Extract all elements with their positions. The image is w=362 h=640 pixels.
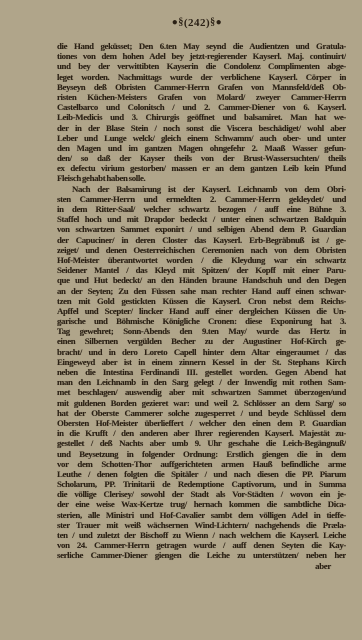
page-header: ●§(242)§● <box>57 17 337 29</box>
text-line: an der Seyten; Zu den Füssen sahe man re… <box>57 286 346 296</box>
text-line: einen Silbernen vergülden Becher zu der … <box>57 336 346 346</box>
text-line: ex defectu virium gestorben/ massen er a… <box>57 163 346 173</box>
text-line: die völlige Clerisey/ sowohl der Stadt a… <box>57 489 346 499</box>
catchword: aber <box>57 561 346 571</box>
text-line: und bey der verwittibten Kayserin die Co… <box>57 61 346 71</box>
text-line: mit guldenen Borden gezieret war: und we… <box>57 398 346 408</box>
text-line: vor dem Schotten-Thor auffgerichteten ar… <box>57 459 346 469</box>
text-line: hat der Oberste Cammerer solche zugesper… <box>57 408 346 418</box>
text-block: die Hand geküsset; Den 6.ten May seynd d… <box>57 41 346 571</box>
text-line: garische und Böhmische Königliche Cronen… <box>57 316 346 326</box>
fleuron-ornament-right: §● <box>210 17 222 28</box>
text-line: die Hand geküsset; Den 6.ten May seynd d… <box>57 41 346 51</box>
text-line: der in der Blase Stein / noch sonst die … <box>57 123 346 133</box>
text-line: den/ so daß der Kayser theils von der Br… <box>57 153 346 163</box>
text-line: den Magen und im gantzen Magen ohngefehr… <box>57 143 346 153</box>
text-line: ten / und zuletzt der Bischoff zu Wienn … <box>57 530 346 540</box>
text-line: Leuthe / denen folgten die Spitäler / un… <box>57 469 346 479</box>
text-line: Staffel hoch und mit Drapdor bedeckt / u… <box>57 214 346 224</box>
scanned-book-page: ●§(242)§● die Hand geküsset; Den 6.ten M… <box>0 0 362 640</box>
text-line: risten Küchen-Meisters Grafen von Molard… <box>57 92 346 102</box>
text-line: von 24. Cammer-Herrn getragen wurde / au… <box>57 540 346 550</box>
text-line: in dem Ritter-Saal/ welcher schwartz bez… <box>57 204 346 214</box>
text-line: Leber und Lunge welck/ gleich einem Schw… <box>57 133 346 143</box>
text-line: Fleisch gehabt haben solle. <box>57 173 346 183</box>
text-line: der eine weise Wax-Kertze trug/ hernach … <box>57 499 346 509</box>
text-line: Hof-Meister überantwortet worden / die K… <box>57 255 346 265</box>
text-line: der Capuciner/ in deren Closter das Kays… <box>57 235 346 245</box>
text-line: Scholarum, PP. Trinitarii de Redemptione… <box>57 479 346 489</box>
paragraph: Nach der Balsamirung ist der Kayserl. Le… <box>57 184 346 561</box>
text-line: von schwartzen Sammet exponirt / und sel… <box>57 224 346 234</box>
text-line: Nach der Balsamirung ist der Kayserl. Le… <box>57 184 346 194</box>
text-line: met beschlagen/ auswendig aber mit schwa… <box>57 387 346 397</box>
text-line: tzen mit Gold gestickten Küssen die Kays… <box>57 296 346 306</box>
text-line: sterien, alle Ministri und Hof-Cavalier … <box>57 510 346 520</box>
text-line: gestellet / deß Nachts aber umb 9. Uhr g… <box>57 438 346 448</box>
paragraph: die Hand geküsset; Den 6.ten May seynd d… <box>57 41 346 184</box>
text-line: ster Trauer mit weiß wächsernen Wind-Lic… <box>57 520 346 530</box>
text-line: Seidener Mantel / das Kleyd mit Spitzen/… <box>57 265 346 275</box>
text-line: Eingeweyd aber ist in einem zinnern Kess… <box>57 357 346 367</box>
fleuron-ornament-left: ●§ <box>172 17 184 28</box>
text-line: Beyseyn deß Obristen Cammer-Herrn Grafen… <box>57 82 346 92</box>
text-line: leget worden. Nachmittags wurde der verb… <box>57 72 346 82</box>
text-line: neben die Intestina Ferdinandi III. gest… <box>57 367 346 377</box>
text-line: man den Leichnamb in den Sarg gelegt / d… <box>57 377 346 387</box>
text-line: und Beysetzung in folgender Ordnung: Ers… <box>57 449 346 459</box>
text-line: bracht/ und in dero Loreto Capell hinter… <box>57 347 346 357</box>
text-line: serliche Cammer-Diener giengen die Leich… <box>57 550 346 560</box>
text-line: que und Hut bedeckt/ an den Händen braun… <box>57 275 346 285</box>
text-line: Leib-Medicis und 3. Chirurgis geöffnet u… <box>57 112 346 122</box>
text-line: Apffel und Scepter/ lincker Hand auff ei… <box>57 306 346 316</box>
text-line: in die Krufft / den anderen aber Ihrer r… <box>57 428 346 438</box>
text-line: tiones von dem hohen Adel bey jetzt-regi… <box>57 51 346 61</box>
text-line: sten Cammer-Herrn und ermeldten 2. Camme… <box>57 194 346 204</box>
page-number: (242) <box>184 17 210 29</box>
text-line: zeiget/ und denen Oesterreichischen Cere… <box>57 245 346 255</box>
text-line: Tag gewehret; Sonn-Abends den 9.ten May/… <box>57 326 346 336</box>
text-line: Castelbarco und Colonitsch / und 2. Camm… <box>57 102 346 112</box>
text-line: Obersten Hof-Meister überlieffert / welc… <box>57 418 346 428</box>
